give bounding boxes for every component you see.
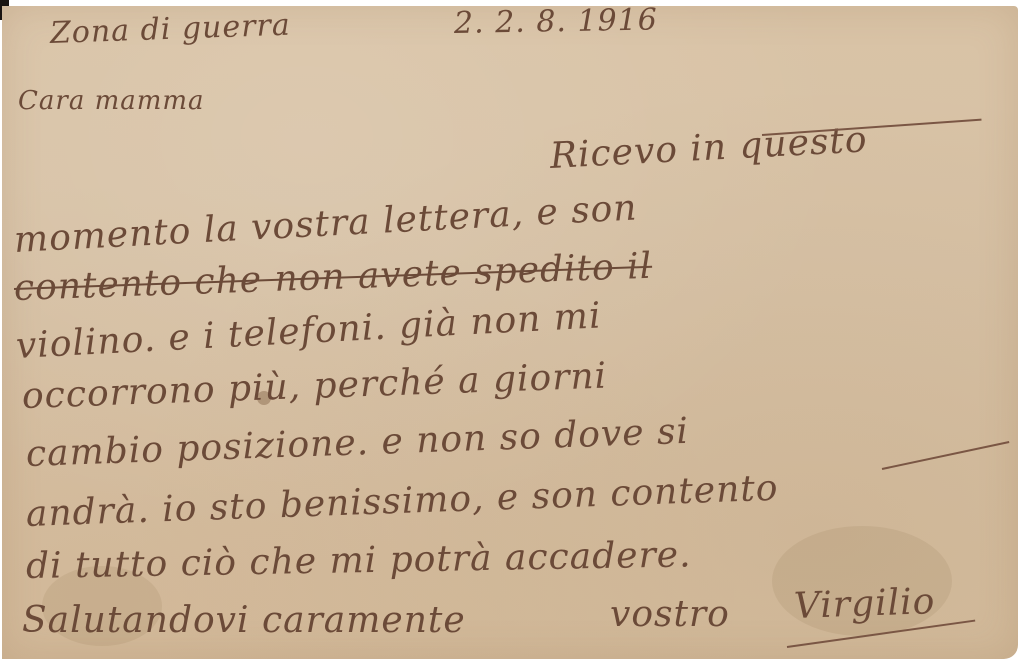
postcard: Zona di guerra 2. 2. 8. 1916 Cara mamma … [2,6,1018,659]
salutation: Cara mamma [18,86,205,116]
body-line-5: occorrono più, perché a giorni [21,356,607,417]
body-line-4: violino. e i telefoni. già non mi [15,295,602,367]
closing-valediction: vostro [610,594,730,635]
body-line-1: Ricevo in questo [549,119,869,177]
signature: Virgilio [793,581,936,627]
body-line-7: andrà. io sto benissimo, e son contento [25,468,779,535]
body-line-8: di tutto ciò che mi potrà accadere. [26,534,692,587]
t-cross-flourish [882,441,1010,470]
closing-greeting: Salutandovi caramente [22,600,466,641]
body-line-6: cambio posizione. e non so dove si [25,411,689,475]
header-place: Zona di guerra [49,8,291,51]
scanned-postcard-image: Zona di guerra 2. 2. 8. 1916 Cara mamma … [0,0,1024,665]
header-date: 2. 2. 8. 1916 [454,2,658,41]
